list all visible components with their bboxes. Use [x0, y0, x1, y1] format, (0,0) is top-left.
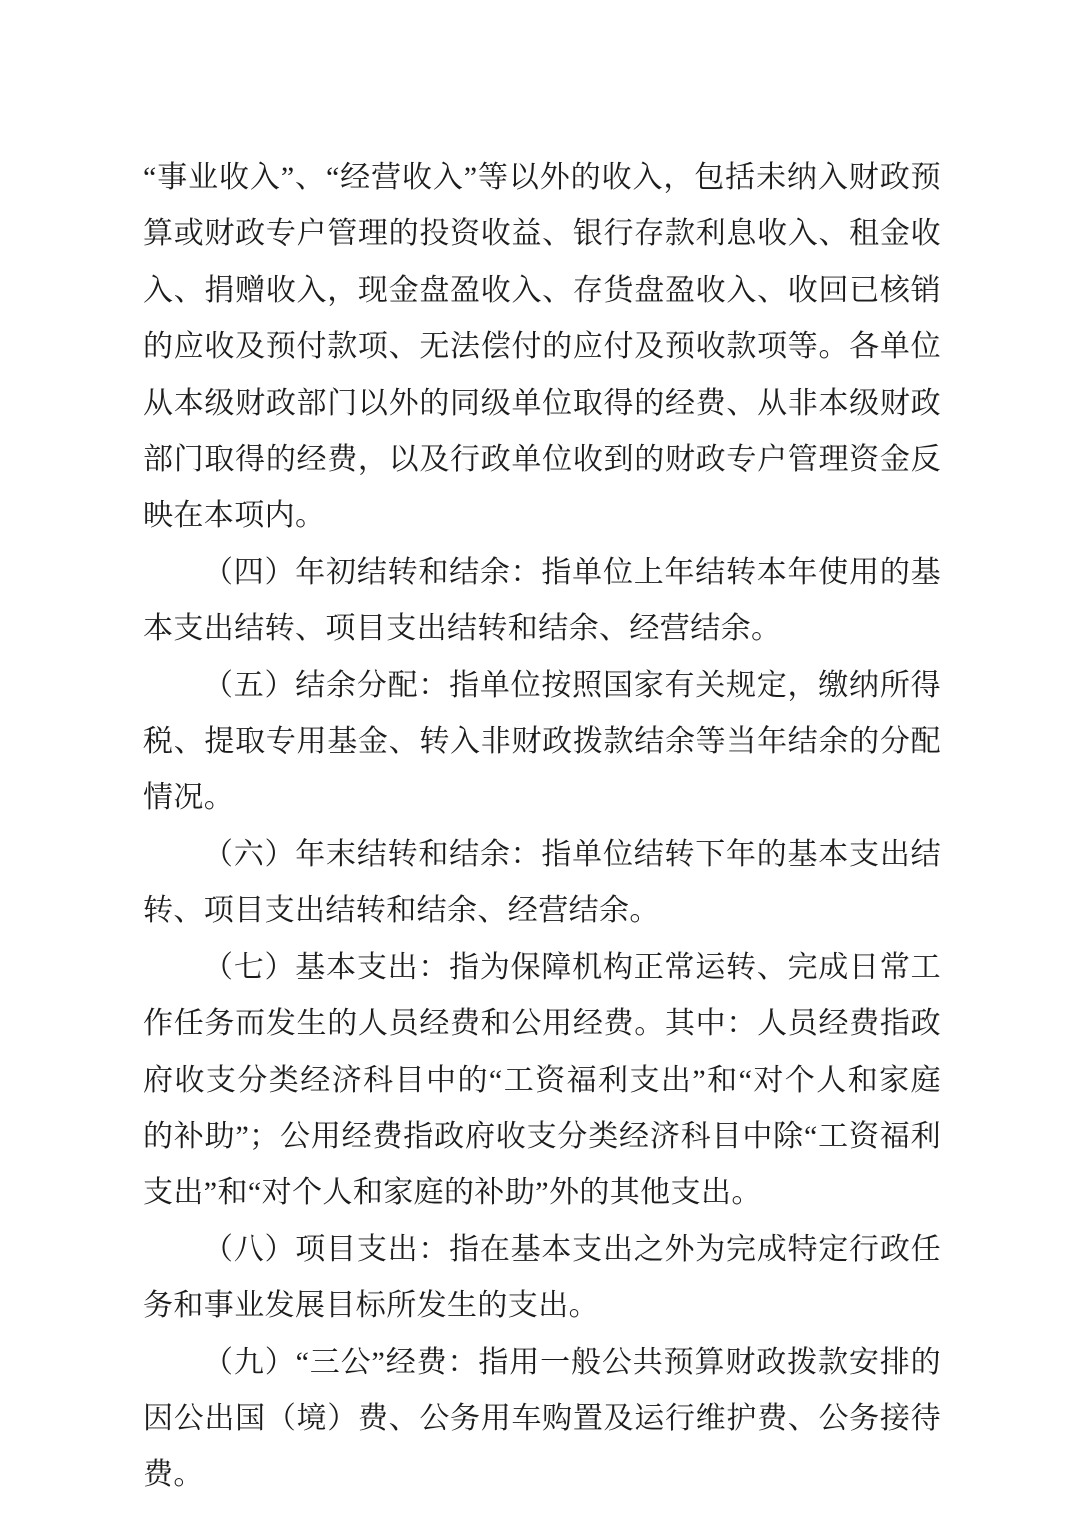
- paragraph-item-4-year-begin-carryover: （四）年初结转和结余：指单位上年结转本年使用的基本支出结转、项目支出结转和结余、…: [143, 545, 941, 658]
- paragraph-item-9-three-public-funds: （九）“三公”经费：指用一般公共预算财政拨款安排的因公出国（境）费、公务用车购置…: [143, 1335, 941, 1504]
- paragraph-item-7-basic-expenditure: （七）基本支出：指为保障机构正常运转、完成日常工作任务而发生的人员经费和公用经费…: [143, 940, 941, 1222]
- paragraph-item-8-project-expenditure: （八）项目支出：指在基本支出之外为完成特定行政任务和事业发展目标所发生的支出。: [143, 1222, 941, 1335]
- document-page: “事业收入”、“经营收入”等以外的收入，包括未纳入财政预算或财政专户管理的投资收…: [0, 0, 1075, 1521]
- paragraph-item-6-year-end-carryover: （六）年末结转和结余：指单位结转下年的基本支出结转、项目支出结转和结余、经营结余…: [143, 827, 941, 940]
- paragraph-other-income-continuation: “事业收入”、“经营收入”等以外的收入，包括未纳入财政预算或财政专户管理的投资收…: [143, 150, 941, 545]
- document-body-text: “事业收入”、“经营收入”等以外的收入，包括未纳入财政预算或财政专户管理的投资收…: [143, 150, 941, 1504]
- paragraph-item-5-surplus-distribution: （五）结余分配：指单位按照国家有关规定，缴纳所得税、提取专用基金、转入非财政拨款…: [143, 658, 941, 827]
